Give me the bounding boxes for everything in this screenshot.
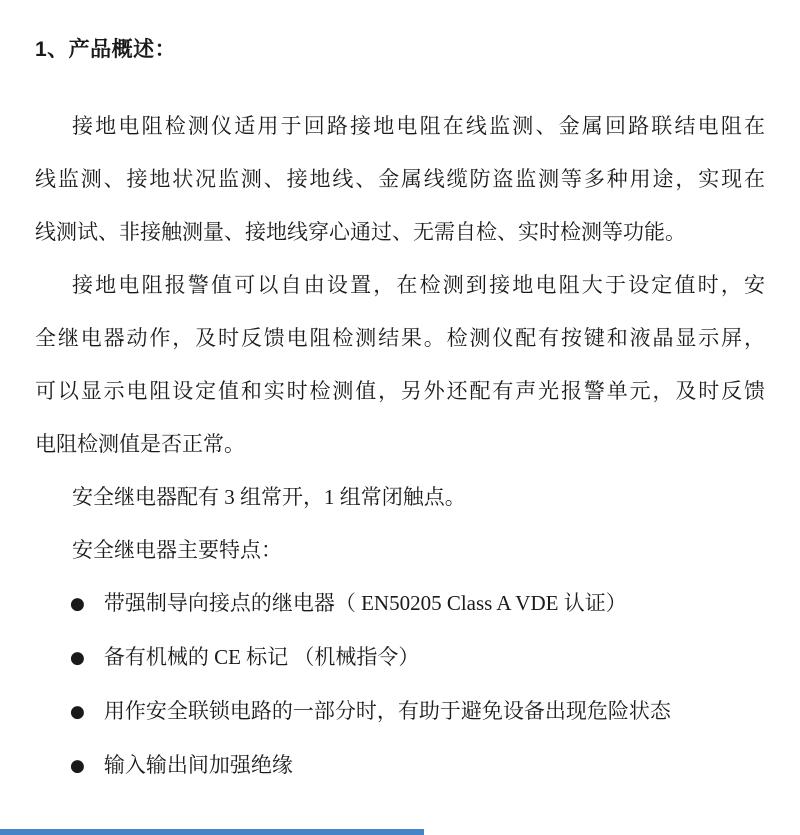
paragraph-line: 线监测、接地状况监测、接地线、金属线缆防盗监测等多种用途，实现在	[35, 153, 765, 206]
bullet-icon: ●	[70, 632, 85, 685]
list-item-text: 带强制导向接点的继电器（ EN50205 Class A VDE 认证）	[104, 591, 627, 615]
list-item-text: 用作安全联锁电路的一部分时，有助于避免设备出现危险状态	[104, 699, 671, 723]
section-heading: 1、产品概述：	[35, 37, 765, 63]
paragraph-line: 接地电阻报警值可以自由设置，在检测到接地电阻大于设定值时，安	[35, 259, 765, 312]
document-body: 接地电阻检测仪适用于回路接地电阻在线监测、金属回路联结电阻在 线监测、接地状况监…	[35, 100, 765, 793]
list-item-text: 备有机械的 CE 标记 （机械指令）	[104, 645, 420, 669]
horizontal-scrollbar-thumb[interactable]	[0, 829, 424, 835]
features-intro-line: 安全继电器主要特点：	[35, 524, 765, 577]
relay-contacts-line: 安全继电器配有 3 组常开，1 组常闭触点。	[35, 471, 765, 524]
paragraph-line: 全继电器动作，及时反馈电阻检测结果。检测仪配有按键和液晶显示屏，	[35, 312, 765, 365]
bullet-icon: ●	[70, 686, 85, 739]
paragraph-line: 可以显示电阻设定值和实时检测值，另外还配有声光报警单元，及时反馈	[35, 365, 765, 418]
list-item: ●备有机械的 CE 标记 （机械指令）	[35, 631, 765, 685]
paragraph-line: 线测试、非接触测量、接地线穿心通过、无需自检、实时检测等功能。	[35, 206, 765, 259]
paragraph-line: 接地电阻检测仪适用于回路接地电阻在线监测、金属回路联结电阻在	[35, 100, 765, 153]
paragraph-line: 电阻检测值是否正常。	[35, 418, 765, 471]
bullet-icon: ●	[70, 740, 85, 793]
list-item: ●带强制导向接点的继电器（ EN50205 Class A VDE 认证）	[35, 577, 765, 631]
document-page: 1、产品概述： 接地电阻检测仪适用于回路接地电阻在线监测、金属回路联结电阻在 线…	[0, 0, 800, 835]
document-content: 1、产品概述： 接地电阻检测仪适用于回路接地电阻在线监测、金属回路联结电阻在 线…	[0, 0, 800, 793]
list-item: ●输入输出间加强绝缘	[35, 739, 765, 793]
list-item: ●用作安全联锁电路的一部分时，有助于避免设备出现危险状态	[35, 685, 765, 739]
list-item-text: 输入输出间加强绝缘	[104, 753, 293, 777]
bullet-icon: ●	[70, 578, 85, 631]
